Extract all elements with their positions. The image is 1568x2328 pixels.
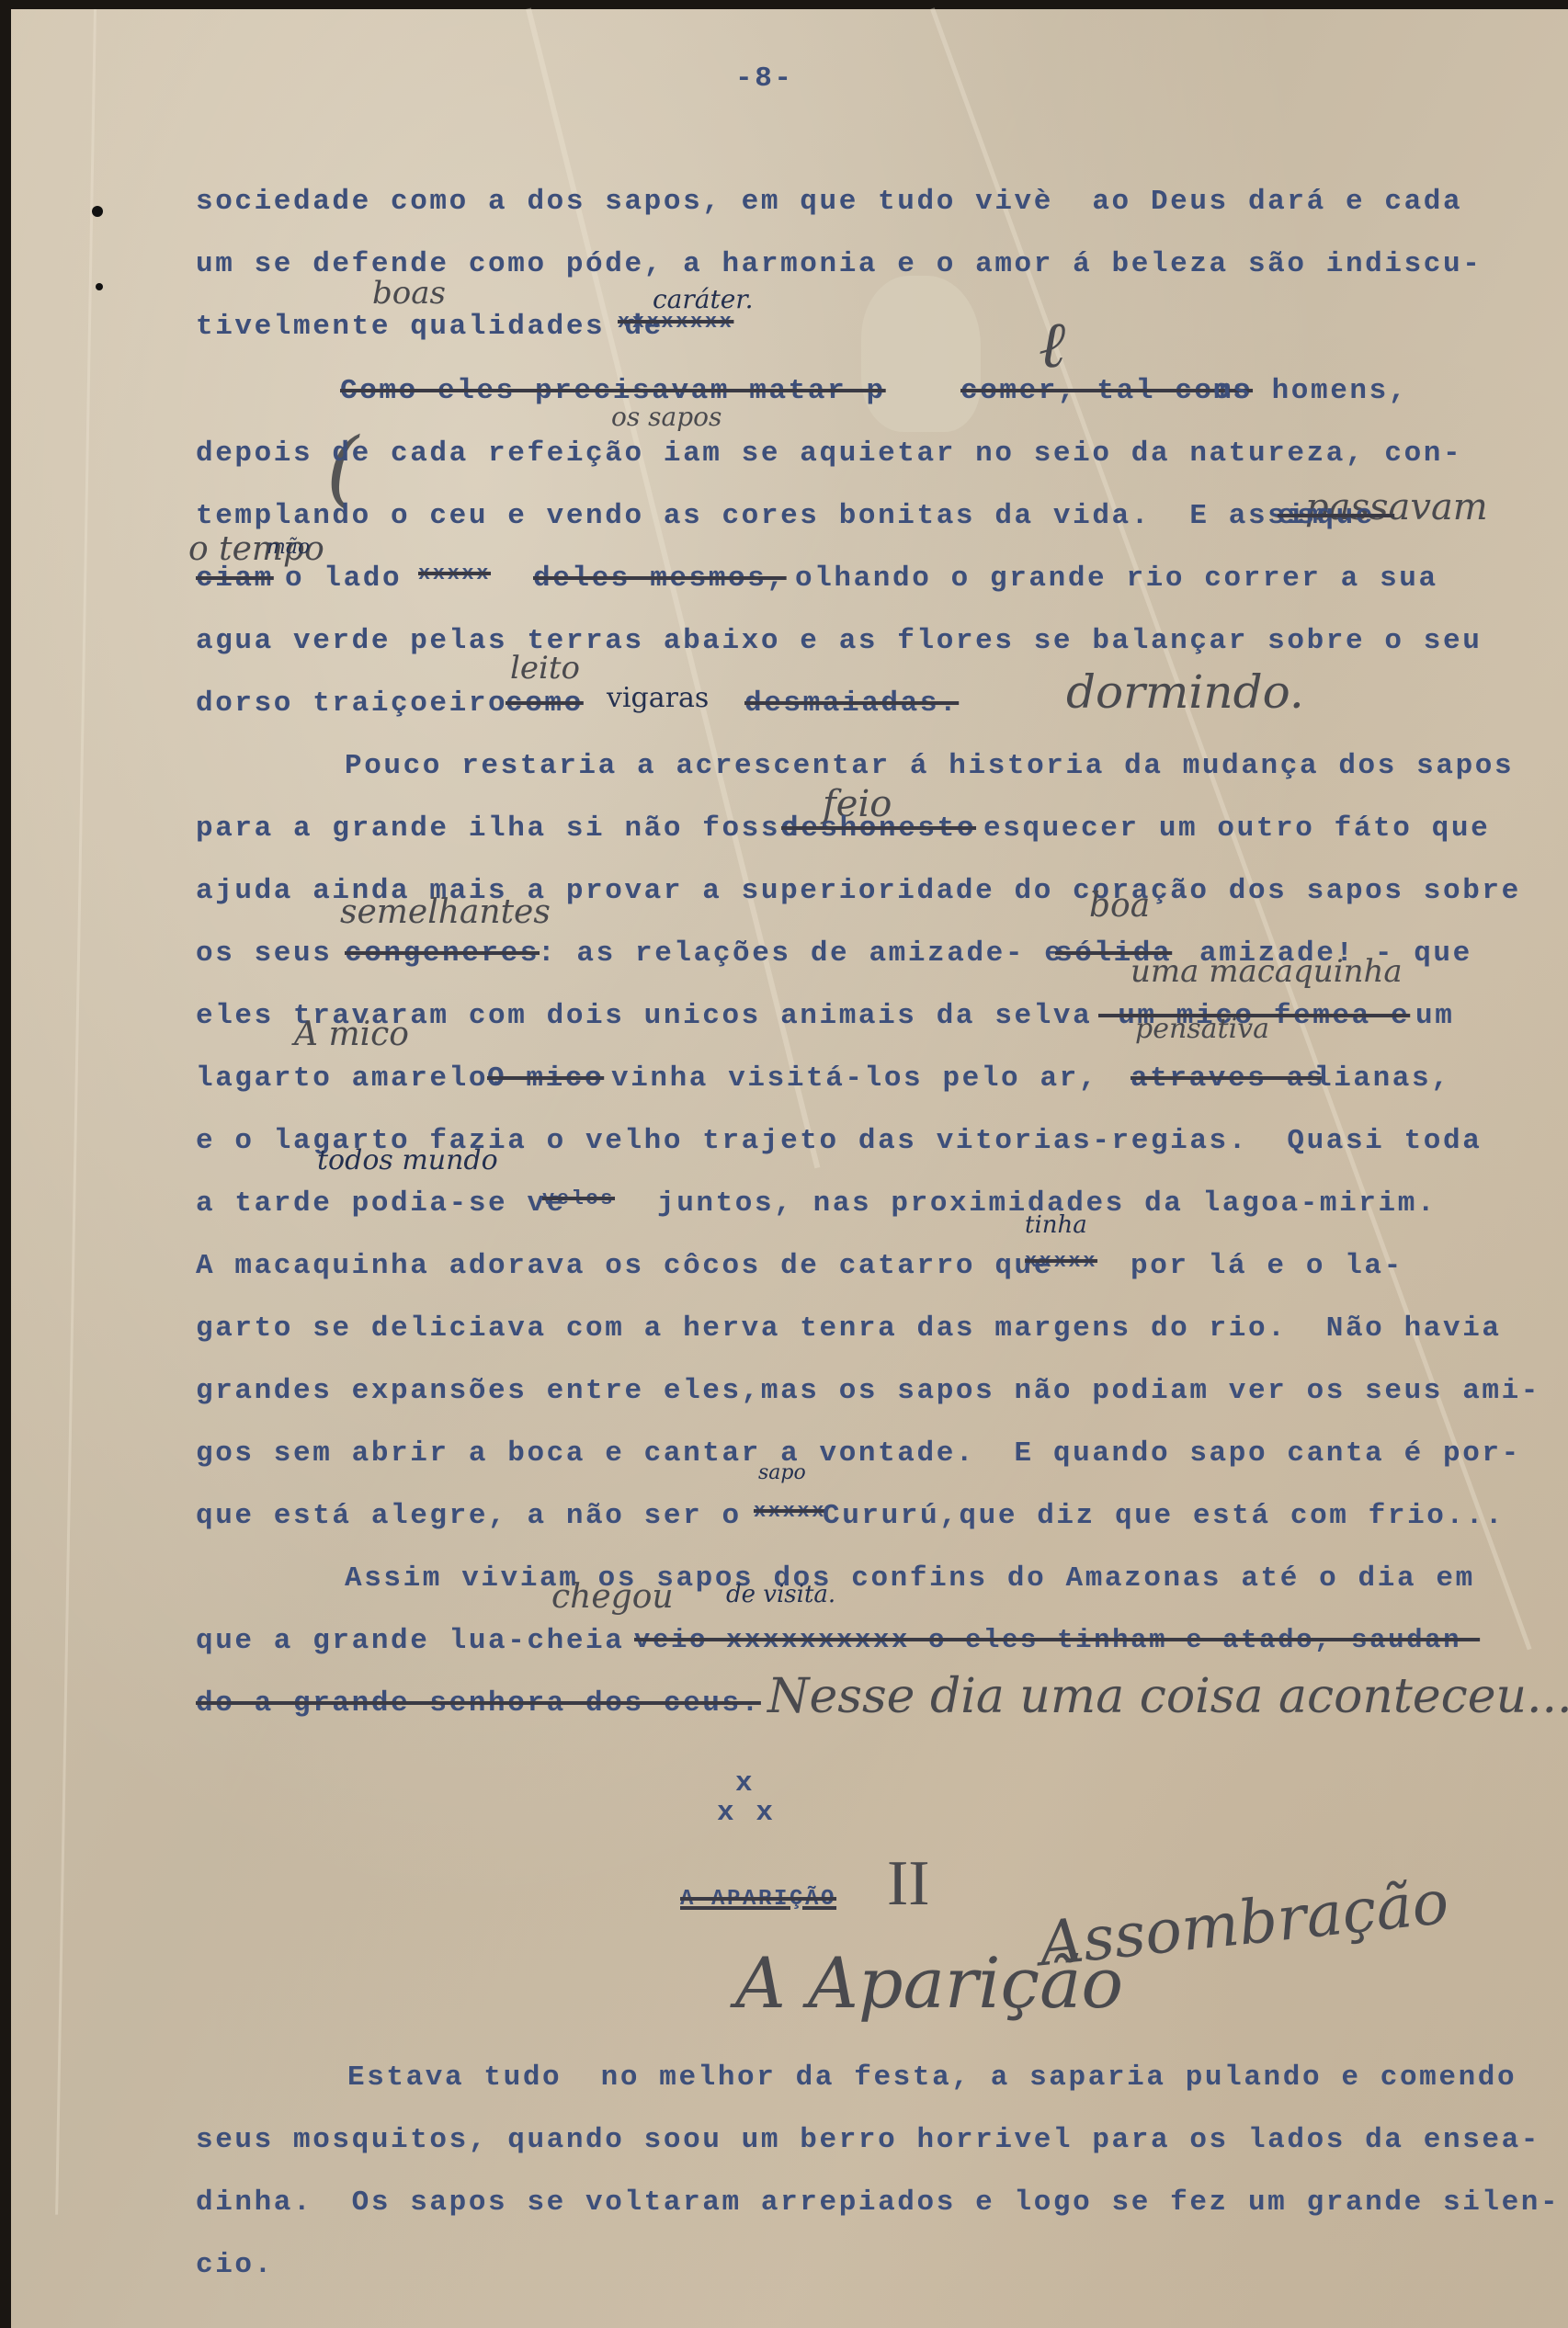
typed-line: por lá e o la- (1131, 1252, 1403, 1280)
typed-line: tivelmente qualidades de (196, 312, 664, 341)
struck-word: ciam (196, 564, 274, 593)
typed-line: : as relações de amizade- e (538, 939, 1063, 968)
struck-word: xxxxx (418, 564, 491, 585)
struck-word: xxxxx (754, 1502, 826, 1522)
typed-line: vinha visitá-los pelo ar, (611, 1064, 1098, 1093)
struck-word: congeneres (345, 939, 540, 968)
struck-word: desmaiadas. (744, 689, 959, 718)
handwritten-pensativa: pensativa (1135, 1016, 1269, 1043)
handwritten-dormindo: dormindo. (1066, 669, 1304, 715)
typed-line: gos sem abrir a boca e cantar a vontade.… (196, 1439, 1521, 1468)
handwritten-vigaras: vigaras (607, 685, 709, 712)
handwritten-todos-mundo: todos mundo (317, 1147, 498, 1175)
paragraph-mark-icon: ℓ (1039, 312, 1065, 377)
typed-line: para a grande ilha si não fosse (196, 814, 800, 843)
struck-text: veio xxxxxxxxxx o eles tinham e atado, s… (634, 1627, 1480, 1653)
handwritten-os-sapos: os sapos (611, 404, 722, 430)
handwritten-boa: boa (1089, 890, 1150, 923)
typed-line: Cururú,que diz que está com frio... (823, 1502, 1505, 1530)
typed-line: cio. (196, 2251, 274, 2279)
struck-word: deshonesto (781, 814, 976, 843)
struck-word: esque- (1278, 502, 1394, 530)
struck-word: xxxxxxxx (618, 312, 733, 333)
page-number: -8- (735, 64, 794, 93)
handwritten-boas: boas (372, 278, 446, 309)
typed-line: olhando o grande rio correr a sua (795, 564, 1438, 593)
separator-mark: x (735, 1769, 755, 1798)
typed-line: grandes expansões entre eles,mas os sapo… (196, 1377, 1540, 1405)
typed-line: agua verde pelas terras abaixo e as flor… (196, 627, 1482, 655)
struck-word: velos (542, 1189, 615, 1209)
handwritten-semelhantes: semelhantes (340, 896, 551, 929)
typed-line: lianas, (1314, 1064, 1450, 1093)
handwritten-a-mico: A mico (294, 1018, 409, 1051)
struck-chapter-title: A APARIÇÃO (680, 1889, 836, 1911)
typed-line: que a grande lua-cheia (196, 1627, 624, 1655)
struck-word: deles mesmos, (533, 564, 787, 593)
paper-fold-line (55, 9, 97, 2215)
struck-text-comer: comer, tal como (960, 377, 1253, 405)
typed-line: lagarto amarelo. (196, 1064, 507, 1093)
struck-comer-tal: comer, tal como (960, 375, 1253, 407)
handwritten-chapter-number: II (887, 1852, 930, 1916)
handwritten-uma-macaquinha: uma macaquinha (1131, 956, 1403, 987)
punch-hole (96, 283, 103, 290)
typed-line: garto se deliciava com a herva tenra das… (196, 1314, 1502, 1343)
typed-line: que está alegre, a não ser o (196, 1502, 742, 1530)
punch-hole (92, 206, 103, 217)
handwritten-leito: leito (510, 653, 580, 684)
separator-mark: x x (717, 1799, 776, 1827)
handwritten-nesse-dia: Nesse dia uma coisa aconteceu... (767, 1673, 1568, 1720)
typed-line: Assim viviam os sapos dos confins do Ama… (345, 1564, 1475, 1593)
handwritten-mao: mão (267, 538, 310, 558)
struck-word: O mico (487, 1064, 604, 1093)
typed-line: Pouco restaria a acrescentar á historia … (345, 752, 1514, 780)
struck-word: xxxxx (1025, 1252, 1097, 1272)
handwritten-carater: caráter. (653, 287, 753, 312)
typed-line: o lado (285, 564, 402, 593)
typed-line: sociedade como a dos sapos, em que tudo … (196, 187, 1462, 216)
typed-line: a tarde podia-se ve (196, 1189, 566, 1218)
typed-line: depois de cada refeição iam se aquietar … (196, 439, 1462, 468)
handwritten-a-aparicao: A Aparição (735, 1948, 1123, 2018)
typed-line: um (1415, 1002, 1454, 1030)
typed-line: A macaquinha adorava os côcos de catarro… (196, 1252, 1053, 1280)
handwritten-sapo: sapo (758, 1463, 806, 1483)
typed-line: Estava tudo no melhor da festa, a sapari… (347, 2063, 1517, 2092)
typed-line: templando o ceu e vendo as cores bonitas… (196, 502, 1326, 530)
struck-word: como (506, 689, 584, 718)
typed-line: esquecer um outro fáto que (983, 814, 1490, 843)
typed-line: os seus (196, 939, 332, 968)
tape-patch (861, 276, 981, 432)
typed-line: dinha. Os sapos se voltaram arrepiados e… (196, 2188, 1560, 2217)
typed-line: os homens, (1213, 377, 1408, 405)
handwritten-tinha: tinha (1025, 1213, 1087, 1237)
handwritten-de-visita: de visita. (726, 1583, 835, 1607)
struck-word: atraves as (1131, 1064, 1325, 1093)
handwritten-chegou: chegou (551, 1581, 674, 1614)
typed-line: seus mosquitos, quando soou um berro hor… (196, 2126, 1540, 2154)
struck-text: do a grande senhora dos ceus. (196, 1689, 761, 1718)
typed-line: dorso traiçoeiro (196, 689, 507, 718)
